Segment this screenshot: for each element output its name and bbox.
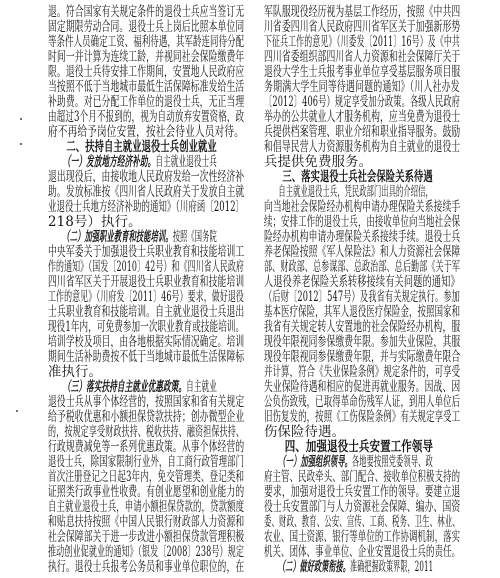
text-line: 士兵职业教育和技能培训。自主就业退役士兵退出 xyxy=(48,305,177,320)
text-line: 现役年限视同参保缴费年限，并与实际缴费年限合 xyxy=(264,350,393,365)
text-line: 我省有关规定转人安置地的社会保险经办机构，服 xyxy=(264,320,393,335)
text-line: 当按照不低于当地城市最低生活保障标准发给生活 xyxy=(48,80,177,95)
scan-speck xyxy=(16,410,18,412)
text-line: 的，按规定享受财政扶持、税收扶持、融资担保扶持、 xyxy=(48,425,166,440)
text-line: 中央军委关于加强退役士兵职业教育和技能培训工 xyxy=(48,245,177,260)
subsection-line: （二）做好政策衔接。准确把握政策界限，2011 xyxy=(264,560,368,575)
body-text: 按照《国务院 xyxy=(173,229,217,245)
text-line: 养老保险按照《军人保险法》和人力资源社会保障 xyxy=(264,245,393,260)
text-line: 失业保险待遇和相应的促进再就业服务。因战、因 xyxy=(264,380,393,395)
text-line: 续；安排工作的退役士兵，由接收单位向当地社会保 xyxy=(264,215,388,230)
paragraph-start: 自主就业退役士兵，凭民政部门出具的介绍信， xyxy=(264,185,371,200)
text-line: 四川省军区关于开展退役士兵职业教育和技能培训 xyxy=(48,275,177,290)
text-line: 首次注册登记之日起3年内，免交管理类、登记类和 xyxy=(48,470,174,485)
text-line: 险经办机构申请办理保险关系接续手续。退役士兵 xyxy=(264,230,393,245)
text-line: 退役士兵从事个体经营的，按照国家和省有关规定 xyxy=(48,395,177,410)
text-line: 旧伤复发的，按照《工伤保险条例》有关规定享受工 xyxy=(264,410,388,425)
text-line: 准执行。 xyxy=(48,365,244,380)
text-line: 机关、团体、事业单位、企业安置退役士兵的责任。 xyxy=(264,545,388,560)
text-line: 执行。退役士兵报考公务员和事业单位职位的，在 xyxy=(48,560,177,575)
text-line: 期间生活补助费按不低于当地城市最低生活保障标 xyxy=(48,350,177,365)
text-line: （后财〔2012〕547号）及我省有关规定执行。参加 xyxy=(264,290,385,305)
text-line: 退。符合国家有关规定条件的退役士兵应当签订无 xyxy=(48,5,177,20)
text-line: 和贴息扶持按照《中国人民银行财政部人力资源和 xyxy=(48,515,177,530)
text-line: 证照类行政事业性收费。有创业愿望和创业能力的 xyxy=(48,485,177,500)
text-line: 委、财政、教育、公安、宣传、工商、税务、卫生、林业、 xyxy=(264,515,373,530)
text-line: 举办的公共就业人才服务机构，应当免费为退役士 xyxy=(264,110,393,125)
subsection-title: （三）落实扶持自主就业优惠政策。 xyxy=(63,379,186,395)
text-line: 现役年限视同参保缴费年限。参加失业保险，其服 xyxy=(264,335,393,350)
subsection-title: （一）发放地方经济补助。 xyxy=(63,154,155,170)
text-line: 基本医疗保险，其军人退役医疗保险金，按照国家和 xyxy=(264,305,388,320)
scan-speck xyxy=(20,143,22,145)
text-line: 四川省委组织部四川省人力资源和社会保障厅关于 xyxy=(264,50,393,65)
section-heading: 三、落实退役士兵社会保险关系待遇 xyxy=(264,170,400,185)
body-text: 自主就业 xyxy=(186,379,217,395)
text-line: 农业、国土资源、银行等单位的工作协调机制，落实 xyxy=(264,530,388,545)
text-line: 公负伤致残，已取得革命伤残军人证，到用人单位后 xyxy=(264,395,388,410)
left-text-column: 退。符合国家有关规定条件的退役士兵应当签订无固定期限劳动合同。退役士兵上岗后比照… xyxy=(48,5,248,575)
body-text: 各地要按照党委领导、政 xyxy=(352,454,433,470)
text-line: 并计算，符合《失业保险条例》规定条件的，可享受 xyxy=(264,365,388,380)
text-line: 部、财政部、总参谋部、总政治部、总后勤部《关于军 xyxy=(264,260,382,275)
text-line: 军队服现役经历视为基层工作经历，按照《中共四 xyxy=(264,5,393,20)
text-line: 等条件人员确定工资、福利待遇，其军龄连同待分配 xyxy=(48,35,172,50)
text-line: 现役1年内，可免费参加一次职业教育或技能培训。 xyxy=(48,320,174,335)
text-line: 下征兵工作的意见》（川委发〔2011〕16号）及《中共 xyxy=(264,35,381,50)
text-line: 限。退役士兵待安排工作期间，安置地人民政府应 xyxy=(48,65,177,80)
subsection-title: （二）加强职业教育和技能培训。 xyxy=(62,229,172,245)
text-line: 役士兵安置部门与人力资源社会保障、编办、国资 xyxy=(264,500,393,515)
section-heading: 四、加强退役士兵安置工作领导 xyxy=(264,440,418,455)
text-line: 人退役养老保险关系转移接续有关问题的通知》 xyxy=(264,275,399,290)
text-line: 自主就业退役士兵，申请小额担保贷款的，贷款额度 xyxy=(48,500,172,515)
text-line: 务期满大学生同等待遇问题的通知》（川人社办发 xyxy=(264,80,396,95)
subsection-title: （二）做好政策衔接。 xyxy=(278,559,350,575)
text-line: 〔2012〕406号）规定享受加分政策。各级人民政府 xyxy=(264,95,385,110)
subsection-line: （一）加强组织领导。各地要按照党委领导、政 xyxy=(264,455,371,470)
text-line: 补助费。对已分配工作单位的退役士兵，无正当理 xyxy=(48,95,177,110)
text-line: 和倡导民营人力资源服务机构为自主就业的退役士 xyxy=(264,140,393,155)
text-line: 工作的意见》（川府发〔2011〕46号）要求，做好退役 xyxy=(48,290,165,305)
text-line: 推动创业促就业的通知》（银发〔2008〕238号）规定 xyxy=(48,545,166,560)
text-line: 向当地社会保险经办机构申请办理保险关系接续手 xyxy=(264,200,393,215)
text-line: 兵提供档案管理、职业介绍和职业指导服务。鼓励 xyxy=(264,125,393,140)
text-line: 要求，加强对退役士兵安置工作的领导。要建立退 xyxy=(264,485,393,500)
subsection-line: （二）加强职业教育和技能培训。按照《国务院 xyxy=(48,230,155,245)
text-line: 时间一并计算为连续工龄，并视同社会保险缴费年 xyxy=(48,50,177,65)
body-text: 准确把握政策界限，2011 xyxy=(350,559,433,575)
text-line: 行政规费减免等一系列优惠政策。从事个体经营的 xyxy=(48,440,177,455)
subsection-line: （三）落实扶持自主就业优惠政策。自主就业 xyxy=(48,380,160,395)
text-line: 府不再给予岗位安置，按社会待业人员对待。 xyxy=(48,125,190,140)
body-text: 自主就业退役士兵 xyxy=(155,154,217,170)
text-line: 助。发放标准按《四川省人民政府关于发放自主就 xyxy=(48,185,177,200)
document-page: 退。符合国家有关规定条件的退役士兵应当签订无固定期限劳动合同。退役士兵上岗后比照… xyxy=(0,0,500,578)
text-line: 退出现役后，由接收地人民政府发给一次性经济补 xyxy=(48,170,177,185)
text-line: 业退役士兵地方经济补助的通知》（川府函〔2012〕 xyxy=(48,200,171,215)
subsection-line: （一）发放地方经济补助。自主就业退役士兵 xyxy=(48,155,160,170)
text-line: 川省委四川省人民政府四川省军区关于加强新形势 xyxy=(264,20,393,35)
text-line: 培训学校及项目，由各地根据实际情况确定。培训 xyxy=(48,335,177,350)
text-line: 由超过3个月不报到的，视为自动放弃安置资格，政 xyxy=(48,110,174,125)
text-line: 固定期限劳动合同。退役士兵上岗后比照本单位同 xyxy=(48,20,177,35)
subsection-title: （一）加强组织领导。 xyxy=(278,454,352,470)
text-line: 218号）执行。 xyxy=(48,215,244,230)
scan-speck xyxy=(20,118,22,120)
text-line: 退役大学生士兵报考事业单位享受基层服务项目服 xyxy=(264,65,393,80)
text-line: 给予税收优惠和小额担保贷款扶持；创办微型企业 xyxy=(48,410,177,425)
text-line: 退役士兵，除国家限制行业外，自工商行政管理部门 xyxy=(48,455,172,470)
right-text-column: 军队服现役经历视为基层工作经历，按照《中共四川省委四川省人民政府四川省军区关于加… xyxy=(264,5,464,575)
text-line: 社会保障部关于进一步改进小额担保贷款管理积极 xyxy=(48,530,177,545)
text-line: 作的通知》（国发〔2010〕42号）和《四川省人民政府 xyxy=(48,260,165,275)
text-line: 伤保险待遇。 xyxy=(264,425,460,440)
section-heading: 二、扶持自主就业退役士兵创业就业 xyxy=(48,140,184,155)
text-line: 府主管、民政牵头、部门配合、接收单位积极支持的 xyxy=(264,470,388,485)
text-line: 兵提供免费服务。 xyxy=(264,155,460,170)
